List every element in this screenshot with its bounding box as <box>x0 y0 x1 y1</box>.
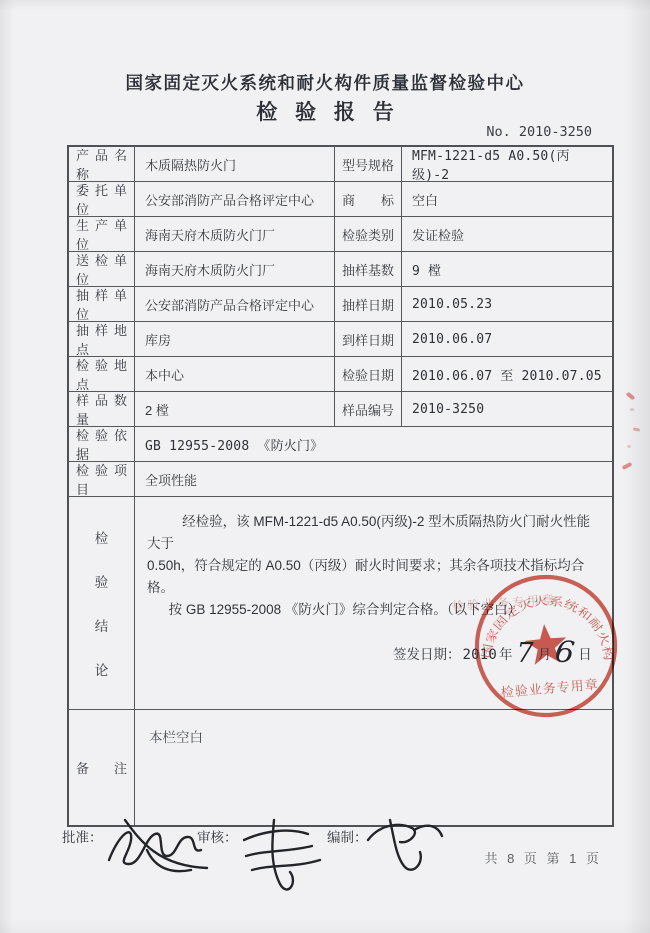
field-value: 2010-3250 <box>402 392 612 426</box>
table-row: 送检单位 海南天府木质防火门厂 抽样基数 9 樘 <box>69 252 612 287</box>
field-label: 抽样日期 <box>335 287 402 321</box>
table-row: 样品数量 2 樘 样品编号 2010-3250 <box>69 392 612 427</box>
field-value: 海南天府木质防火门厂 <box>135 217 335 251</box>
prepare-signature <box>358 808 448 878</box>
table-row: 抽样地点 库房 到样日期 2010.06.07 <box>69 322 612 357</box>
report-title: 检验报告 <box>0 96 650 126</box>
field-value: 发证检验 <box>402 217 612 251</box>
stamp-bottom-text: 检验业务专用章 <box>500 677 599 700</box>
remark-label: 备注 <box>69 710 135 825</box>
table-row: 产品名称 木质隔热防火门 型号规格 MFM-1221-d5 A0.50(丙级)-… <box>69 147 612 182</box>
field-value: 2 樘 <box>135 392 335 426</box>
issue-date-label: 签发日期： <box>393 643 461 663</box>
field-label: 抽样基数 <box>335 252 402 286</box>
issue-year: 2010 <box>463 647 498 663</box>
field-label: 样品编号 <box>335 392 402 426</box>
red-ink-mark <box>626 392 636 401</box>
field-value: MFM-1221-d5 A0.50(丙级)-2 <box>402 147 612 181</box>
field-label: 检验项目 <box>69 462 135 496</box>
approve-signature <box>95 810 215 888</box>
red-ink-mark <box>633 427 640 431</box>
conclusion-label: 检 验 结 论 <box>69 497 135 709</box>
field-label: 检验日期 <box>335 357 402 391</box>
red-ink-mark <box>627 445 631 448</box>
field-value: 公安部消防产品合格评定中心 <box>135 182 335 216</box>
field-label: 抽样单位 <box>69 287 135 321</box>
report-number: No. 2010-3250 <box>486 124 592 140</box>
table-row: 生产单位 海南天府木质防火门厂 检验类别 发证检验 <box>69 217 612 252</box>
issue-date-line: 签发日期： 2010 年 7 月 6 日 <box>393 643 592 663</box>
field-value: GB 12955-2008 《防火门》 <box>135 427 612 461</box>
field-value: 空白 <box>402 182 612 216</box>
table-row-basis: 检验依据 GB 12955-2008 《防火门》 <box>69 427 612 462</box>
field-label: 送检单位 <box>69 252 135 286</box>
field-label: 生产单位 <box>69 217 135 251</box>
field-value: 海南天府木质防火门厂 <box>135 252 335 286</box>
field-value: 公安部消防产品合格评定中心 <box>135 287 335 321</box>
signature-footer: 批准： 审核： 编制： 共 8 页 第 1 页 <box>0 818 650 908</box>
field-label: 抽样地点 <box>69 322 135 356</box>
field-value: 9 樘 <box>402 252 612 286</box>
field-label: 产品名称 <box>69 147 135 181</box>
field-value: 2010.05.23 <box>402 287 612 321</box>
field-value: 2010.06.07 至 2010.07.05 <box>402 357 612 391</box>
field-value: 本中心 <box>135 357 335 391</box>
red-ink-mark <box>622 462 633 470</box>
field-label: 样品数量 <box>69 392 135 426</box>
field-label: 商标 <box>335 182 402 216</box>
field-value: 2010.06.07 <box>402 322 612 356</box>
handwritten-day: 6 <box>553 651 576 654</box>
table-row-items: 检验项目 全项性能 <box>69 462 612 497</box>
table-row: 委托单位 公安部消防产品合格评定中心 商标 空白 <box>69 182 612 217</box>
field-label: 检验依据 <box>69 427 135 461</box>
field-label: 检验类别 <box>335 217 402 251</box>
red-ink-mark <box>630 408 634 411</box>
page-count: 共 8 页 第 1 页 <box>484 848 602 867</box>
field-label: 到样日期 <box>335 322 402 356</box>
field-value: 全项性能 <box>135 462 612 496</box>
field-label: 型号规格 <box>335 147 402 181</box>
field-label: 委托单位 <box>69 182 135 216</box>
table-row: 检验地点 本中心 检验日期 2010.06.07 至 2010.07.05 <box>69 357 612 392</box>
field-value: 木质隔热防火门 <box>135 147 335 181</box>
organization-title: 国家固定灭火系统和耐火构件质量监督检验中心 <box>0 70 650 95</box>
table-row: 抽样单位 公安部消防产品合格评定中心 抽样日期 2010.05.23 <box>69 287 612 322</box>
field-label: 检验地点 <box>69 357 135 391</box>
field-value: 库房 <box>135 322 335 356</box>
review-signature <box>232 812 332 904</box>
